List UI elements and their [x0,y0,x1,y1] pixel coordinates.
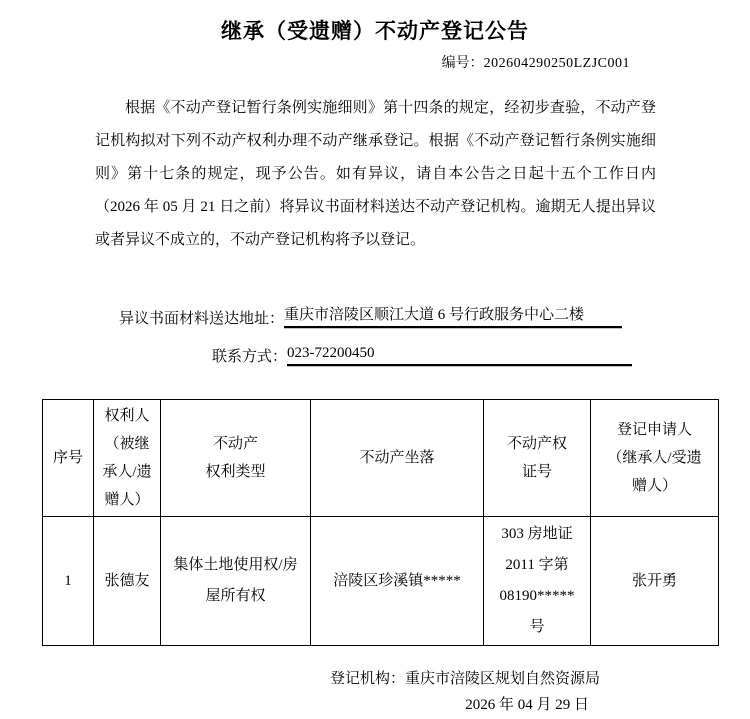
registration-table: 序号 权利人 （被继 承人/遗 赠人） 不动产 权利类型 不动产坐落 不动产权 … [42,399,719,646]
phone-line: 联系方式：023-72200450 [0,345,750,387]
page-title: 继承（受遗赠）不动产登记公告 [0,0,750,45]
doc-number-value: 202604290250LZJC001 [484,56,630,71]
header-property-location: 不动产坐落 [311,400,484,517]
address-label: 异议书面材料送达地址： [119,311,284,327]
phone-value: 023-72200450 [287,345,632,366]
registration-agency: 登记机构：重庆市涪陵区规划自然资源局 [0,666,750,692]
cell-applicant: 张开勇 [591,517,719,646]
cell-property-location: 涪陵区珍溪镇***** [311,517,484,646]
cell-right-type: 集体土地使用权/房 屋所有权 [161,517,311,646]
header-serial-number: 序号 [43,400,94,517]
table-header-row: 序号 权利人 （被继 承人/遗 赠人） 不动产 权利类型 不动产坐落 不动产权 … [43,400,719,517]
table-row: 1 张德友 集体土地使用权/房 屋所有权 涪陵区珍溪镇***** 303 房地证… [43,517,719,646]
doc-number-line: 编号：202604290250LZJC001 [0,52,750,72]
announcement-date: 2026 年 04 月 29 日 [0,692,750,718]
announcement-document: 继承（受遗赠）不动产登记公告 编号：202604290250LZJC001 根据… [0,0,750,719]
header-right-type: 不动产 权利类型 [161,400,311,517]
address-line: 异议书面材料送达地址：重庆市涪陵区顺江大道 6 号行政服务中心二楼 [0,303,750,345]
phone-label: 联系方式： [212,349,287,365]
cell-serial-number: 1 [43,517,94,646]
contact-block: 异议书面材料送达地址：重庆市涪陵区顺江大道 6 号行政服务中心二楼 联系方式：0… [0,303,750,387]
header-applicant: 登记申请人 （继承人/受遗 赠人） [591,400,719,517]
address-value: 重庆市涪陵区顺江大道 6 号行政服务中心二楼 [284,303,622,328]
footer-block: 登记机构：重庆市涪陵区规划自然资源局 2026 年 04 月 29 日 [0,666,750,718]
doc-number-label: 编号： [442,56,484,71]
header-certificate-number: 不动产权 证号 [484,400,591,517]
notice-body-paragraph: 根据《不动产登记暂行条例实施细则》第十四条的规定，经初步查验，不动产登记机构拟对… [95,92,656,257]
header-right-holder: 权利人 （被继 承人/遗 赠人） [94,400,161,517]
cell-right-holder: 张德友 [94,517,161,646]
cell-certificate-number: 303 房地证 2011 字第 08190***** 号 [484,517,591,646]
